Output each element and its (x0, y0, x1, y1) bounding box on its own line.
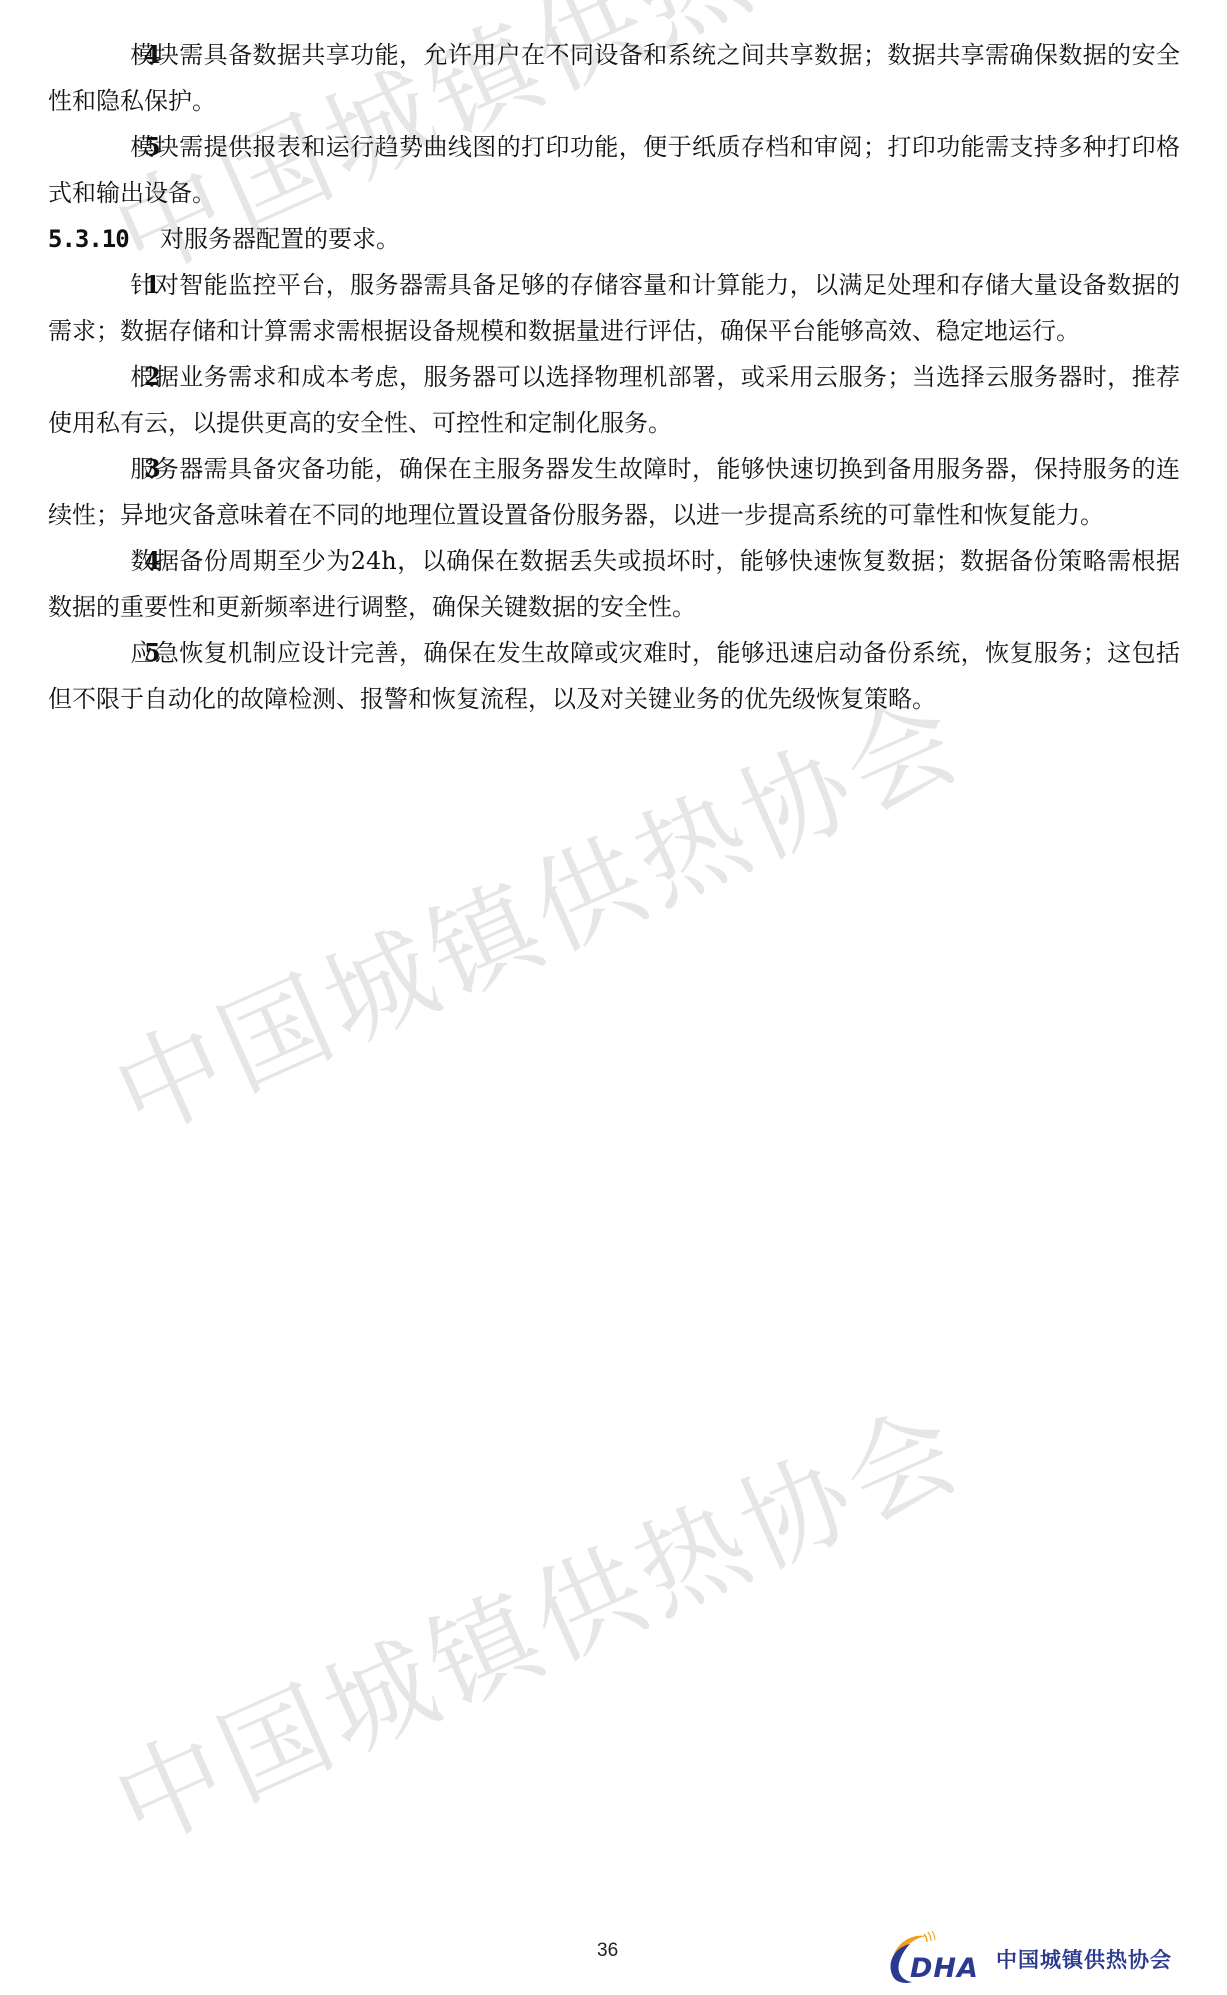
list-item: 3服务器需具备灾备功能，确保在主服务器发生故障时，能够快速切换到备用服务器，保持… (48, 446, 1180, 538)
item-number: 2 (96, 354, 130, 400)
document-body: 4模块需具备数据共享功能，允许用户在不同设备和系统之间共享数据；数据共享需确保数… (48, 32, 1180, 722)
org-name: 中国城镇供热协会 (996, 1944, 1172, 1974)
item-number: 3 (96, 446, 130, 492)
item-number: 5 (96, 124, 130, 170)
list-item: 5应急恢复机制应设计完善，确保在发生故障或灾难时，能够迅速启动备份系统，恢复服务… (48, 630, 1180, 722)
section-title: 对服务器配置的要求。 (160, 225, 400, 253)
item-text: 模块需具备数据共享功能，允许用户在不同设备和系统之间共享数据；数据共享需确保数据… (48, 41, 1180, 115)
item-number: 5 (96, 630, 130, 676)
page-footer: 36 DHA 中国城镇供热协会 (0, 1930, 1227, 1990)
org-logo: DHA 中国城镇供热协会 (880, 1930, 1210, 1985)
watermark: 中国城镇供热协会 (87, 652, 983, 1165)
item-number: 4 (96, 538, 130, 584)
item-text: 针对智能监控平台，服务器需具备足够的存储容量和计算能力，以满足处理和存储大量设备… (48, 271, 1180, 345)
list-item: 5模块需提供报表和运行趋势曲线图的打印功能，便于纸质存档和审阅；打印功能需支持多… (48, 124, 1180, 216)
list-item: 2根据业务需求和成本考虑，服务器可以选择物理机部署，或采用云服务；当选择云服务器… (48, 354, 1180, 446)
svg-text:DHA: DHA (910, 1953, 979, 1984)
watermark: 中国城镇供热协会 (87, 1362, 983, 1875)
item-text: 数据备份周期至少为24h，以确保在数据丢失或损坏时，能够快速恢复数据；数据备份策… (48, 547, 1180, 621)
list-item: 4模块需具备数据共享功能，允许用户在不同设备和系统之间共享数据；数据共享需确保数… (48, 32, 1180, 124)
page-number: 36 (597, 1940, 618, 1962)
section-number: 5.3.10 (48, 216, 160, 262)
list-item: 4数据备份周期至少为24h，以确保在数据丢失或损坏时，能够快速恢复数据；数据备份… (48, 538, 1180, 630)
item-number: 4 (96, 32, 130, 78)
item-text: 应急恢复机制应设计完善，确保在发生故障或灾难时，能够迅速启动备份系统，恢复服务；… (48, 639, 1180, 713)
document-page: 中国城镇供热协会 中国城镇供热协会 中国城镇供热协会 4模块需具备数据共享功能，… (0, 0, 1227, 1995)
list-item: 1针对智能监控平台，服务器需具备足够的存储容量和计算能力，以满足处理和存储大量设… (48, 262, 1180, 354)
item-text: 模块需提供报表和运行趋势曲线图的打印功能，便于纸质存档和审阅；打印功能需支持多种… (48, 133, 1180, 207)
section-heading: 5.3.10对服务器配置的要求。 (48, 216, 1180, 262)
cdha-logo-icon: DHA (880, 1930, 990, 1985)
item-number: 1 (96, 262, 130, 308)
item-text: 根据业务需求和成本考虑，服务器可以选择物理机部署，或采用云服务；当选择云服务器时… (48, 363, 1180, 437)
item-text: 服务器需具备灾备功能，确保在主服务器发生故障时，能够快速切换到备用服务器，保持服… (48, 455, 1180, 529)
